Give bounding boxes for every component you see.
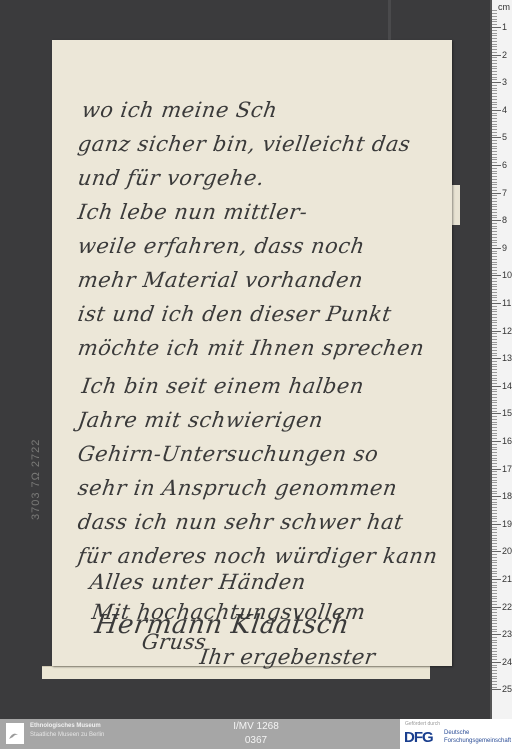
ruler-tick [492,245,497,246]
ruler-tick [492,607,501,608]
ruler-tick [492,248,501,249]
dfg-logo: DFG [404,729,433,746]
ruler-tick [492,366,497,367]
ruler-tick [492,278,497,279]
ruler-label: 19 [502,519,512,529]
ruler-tick [492,201,497,202]
ruler-tick [492,394,497,395]
ruler-tick [492,361,497,362]
ruler-tick [492,689,501,690]
ruler-tick [492,262,497,263]
ruler-tick [492,612,497,613]
dfg-funding-panel: Gefördert durch DFG Deutsche Forschungsg… [400,719,512,749]
viewer-footer: Ethnologisches Museum Staatliche Museen … [0,719,512,749]
ruler-tick [492,79,497,80]
ruler-tick [492,63,497,64]
ruler-tick [492,66,497,67]
ruler-tick [492,430,497,431]
ruler-tick [492,477,497,478]
ruler-tick [492,339,497,340]
scan-image: wo ich meine Sch ganz sicher bin, vielle… [0,0,490,719]
ruler-tick [492,411,497,412]
ruler-tick [492,355,497,356]
ruler-tick [492,204,497,205]
ruler-tick [492,215,497,216]
ruler-tick [492,576,497,577]
ruler-tick [492,510,497,511]
ruler-tick [492,651,497,652]
ruler-tick [492,242,497,243]
ruler-tick [492,493,497,494]
ruler-tick [492,485,497,486]
ruler-tick [492,369,497,370]
ruler-label: 18 [502,491,512,501]
ruler-tick [492,471,497,472]
ruler-label: 10 [502,270,512,280]
ruler-tick [492,601,497,602]
ruler-tick [492,96,497,97]
ruler-tick [492,444,497,445]
ruler-tick [492,466,497,467]
ruler-tick [492,281,497,282]
ruler-tick [492,408,497,409]
ruler-tick [492,35,497,36]
cm-ruler: cm 1234567891011121314151617181920212223… [490,0,512,719]
ruler-tick [492,521,497,522]
ruler-label: 24 [502,657,512,667]
ruler-tick [492,325,497,326]
ruler-tick [492,676,497,677]
ruler-tick [492,604,497,605]
ruler-tick [492,654,497,655]
ruler-tick [492,596,497,597]
ruler-tick [492,397,497,398]
ruler-tick [492,540,497,541]
dfg-name: Deutsche Forschungsgemeinschaft [444,729,511,745]
ruler-tick [492,400,497,401]
ruler-tick [492,322,497,323]
ruler-label: 7 [502,188,507,198]
ruler-tick [492,488,497,489]
ruler-tick [492,41,497,42]
ruler-tick [492,256,497,257]
ruler-tick [492,549,497,550]
ruler-tick [492,311,497,312]
ruler-tick [492,49,497,50]
ruler-tick [492,328,497,329]
ruler-label: 22 [502,602,512,612]
ruler-tick [492,27,501,28]
ruler-tick [492,13,497,14]
ruler-tick [492,529,497,530]
ruler-tick [492,104,497,105]
ruler-tick [492,52,497,53]
ruler-label: 5 [502,132,507,142]
ruler-tick [492,656,497,657]
ruler-tick [492,422,497,423]
ruler-tick [492,640,497,641]
ruler-tick [492,226,497,227]
ruler-tick [492,309,497,310]
ruler-tick [492,438,497,439]
ruler-tick [492,314,497,315]
ruler-tick [492,137,501,138]
ruler-tick [492,71,497,72]
ruler-tick [492,389,497,390]
ruler-tick [492,295,497,296]
ruler-label: 21 [502,574,512,584]
ruler-tick [492,267,497,268]
ruler-tick [492,154,497,155]
ruler-tick [492,237,497,238]
ruler-tick [492,115,497,116]
ruler-tick [492,148,497,149]
ruler-tick [492,560,497,561]
ruler-tick [492,568,497,569]
ruler-tick [492,372,497,373]
ruler-tick [492,300,497,301]
ruler-tick [492,665,497,666]
ruler-tick [492,99,497,100]
ruler-tick [492,543,497,544]
ruler-tick [492,198,497,199]
ruler-tick [492,179,497,180]
ruler-tick [492,620,497,621]
ruler-label: 17 [502,464,512,474]
ruler-tick [492,132,497,133]
dfg-name-line2: Forschungsgemeinschaft [444,737,511,745]
ruler-tick [492,648,497,649]
ruler-tick [492,463,497,464]
ruler-tick [492,46,497,47]
ruler-tick [492,593,497,594]
ruler-label: 23 [502,629,512,639]
ruler-tick [492,386,501,387]
ruler-label: 16 [502,436,512,446]
ruler-tick [492,306,497,307]
ruler-tick [492,209,497,210]
ruler-tick [492,416,497,417]
ruler-tick [492,364,497,365]
ruler-tick [492,270,497,271]
ruler-tick [492,645,497,646]
ruler-tick [492,375,497,376]
ruler-tick [492,405,497,406]
ruler-tick [492,424,497,425]
ruler-tick [492,231,497,232]
ruler-tick [492,344,497,345]
ruler-tick [492,151,497,152]
ruler-tick [492,518,497,519]
ruler-tick [492,673,497,674]
ruler-label: 25 [502,684,512,694]
ruler-tick [492,57,497,58]
ruler-tick [492,491,497,492]
ruler-tick [492,220,501,221]
ruler-tick [492,590,497,591]
ruler-tick [492,538,497,539]
ruler-tick [492,284,497,285]
funded-by-label: Gefördert durch [405,721,440,727]
ruler-tick [492,217,497,218]
ruler-tick [492,176,497,177]
ruler-tick [492,44,497,45]
ruler-tick [492,441,501,442]
ruler-tick [492,554,497,555]
ruler-tick [492,333,497,334]
ruler-label: 15 [502,408,512,418]
ruler-tick [492,516,497,517]
ruler-tick [492,458,497,459]
ruler-tick [492,251,497,252]
ruler-tick [492,88,497,89]
ruler-tick [492,557,497,558]
ruler-tick [492,16,497,17]
ruler-tick [492,182,497,183]
ruler-label: 14 [502,381,512,391]
ruler-tick [492,609,497,610]
ruler-tick [492,681,497,682]
ruler-tick [492,684,497,685]
ruler-label: 13 [502,353,512,363]
ruler-tick [492,126,497,127]
ruler-tick [492,190,497,191]
ruler-tick [492,292,497,293]
ruler-tick [492,264,497,265]
ruler-tick [492,532,497,533]
ruler-tick [492,331,501,332]
ruler-tick [492,455,497,456]
ruler-tick [492,60,497,61]
ruler-tick [492,140,497,141]
ruler-label: 20 [502,546,512,556]
ruler-tick [492,30,497,31]
ruler-tick [492,380,497,381]
ruler-tick [492,171,497,172]
ruler-tick [492,253,497,254]
ruler-tick [492,419,497,420]
ruler-tick [492,10,497,11]
ruler-tick [492,24,497,25]
ruler-tick [492,452,497,453]
ruler-tick [492,634,501,635]
ruler-tick [492,259,497,260]
ruler-tick [492,623,497,624]
ruler-tick [492,336,497,337]
ruler-tick [492,582,497,583]
ruler-tick [492,102,497,103]
ruler-tick [492,317,497,318]
ruler-tick [492,598,497,599]
ruler-tick [492,118,497,119]
ruler-tick [492,350,497,351]
ruler-tick [492,571,497,572]
ruler-tick [492,289,497,290]
ruler-tick [492,687,497,688]
ruler-tick [492,223,497,224]
ruler-tick [492,273,497,274]
ruler-tick [492,449,497,450]
ruler-tick [492,670,497,671]
ruler-label: 12 [502,326,512,336]
ruler-tick [492,297,497,298]
ruler-tick [492,303,501,304]
ruler-tick [492,162,497,163]
ruler-tick [492,187,497,188]
ruler-tick [492,659,497,660]
ruler-label: 11 [502,298,511,308]
ruler-tick [492,358,501,359]
ruler-tick [492,546,497,547]
ruler-tick [492,121,497,122]
ruler-label: 4 [502,105,507,115]
ruler-tick [492,667,497,668]
ruler-tick [492,193,501,194]
ruler-tick [492,85,497,86]
ruler-tick [492,124,497,125]
ruler-tick [492,173,497,174]
ruler-tick [492,383,497,384]
ruler-tick [492,113,497,114]
ruler-tick [492,82,501,83]
ruler-tick [492,474,497,475]
ruler-tick [492,513,497,514]
ruler-tick [492,159,497,160]
ruler-tick [492,502,497,503]
ruler-tick [492,33,497,34]
ruler-tick [492,499,497,500]
ruler-tick [492,90,497,91]
ruler-tick [492,391,497,392]
ruler-tick [492,320,497,321]
ruler-label: 3 [502,77,507,87]
ruler-tick [492,165,501,166]
ruler-tick [492,629,497,630]
ruler-tick [492,678,497,679]
ruler-tick [492,19,497,20]
ruler-tick [492,93,497,94]
ruler-tick [492,135,497,136]
ruler-unit: cm [498,2,510,12]
ruler-tick [492,342,497,343]
ruler-tick [492,107,497,108]
ruler-label: 6 [502,160,507,170]
ruler-tick [492,460,497,461]
ruler-tick [492,55,501,56]
ruler-tick [492,347,497,348]
ruler-tick [492,38,497,39]
ruler-tick [492,195,497,196]
ruler-tick [492,21,497,22]
ruler-tick [492,435,497,436]
ruler-tick [492,143,497,144]
ruler-tick [492,212,497,213]
archive-margin-note: 3703 7Ω 2722 [30,439,42,520]
dfg-name-line1: Deutsche [444,729,511,737]
ruler-tick [492,110,501,111]
ruler-tick [492,447,497,448]
ruler-tick [492,527,497,528]
ruler-tick [492,573,497,574]
ruler-tick [492,74,497,75]
signature-block: Ihr ergebenster [0,0,490,719]
ruler-tick [492,275,501,276]
ruler-tick [492,206,497,207]
ruler-tick [492,378,497,379]
ruler-tick [492,565,497,566]
ruler-tick [492,77,497,78]
ruler-label: 8 [502,215,507,225]
ruler-tick [492,234,497,235]
ruler-tick [492,353,497,354]
ruler-tick [492,184,497,185]
ruler-tick [492,535,497,536]
ruler-tick [492,240,497,241]
ruler-tick [492,482,497,483]
ruler-label: 1 [502,22,507,32]
ruler-tick [492,615,497,616]
ruler-tick [492,587,497,588]
ruler-tick [492,504,497,505]
ruler-tick [492,631,497,632]
ruler-tick [492,168,497,169]
valediction: Ihr ergebenster [198,645,377,669]
ruler-tick [492,469,501,470]
ruler-tick [492,496,501,497]
ruler-label: 9 [502,243,507,253]
ruler-tick [492,433,497,434]
ruler-tick [492,157,497,158]
ruler-tick [492,626,497,627]
ruler-tick [492,427,497,428]
ruler-tick [492,228,497,229]
ruler-tick [492,402,497,403]
ruler-tick [492,579,501,580]
ruler-tick [492,618,497,619]
ruler-tick [492,662,501,663]
ruler-tick [492,551,501,552]
ruler-tick [492,146,497,147]
ruler-tick [492,68,497,69]
ruler-tick [492,507,497,508]
ruler-tick [492,524,501,525]
ruler-tick [492,286,497,287]
ruler-tick [492,642,497,643]
ruler-tick [492,562,497,563]
ruler-label: 2 [502,50,507,60]
ruler-tick [492,585,497,586]
ruler-tick [492,129,497,130]
ruler-tick [492,413,501,414]
ruler-tick [492,637,497,638]
ruler-tick [492,480,497,481]
